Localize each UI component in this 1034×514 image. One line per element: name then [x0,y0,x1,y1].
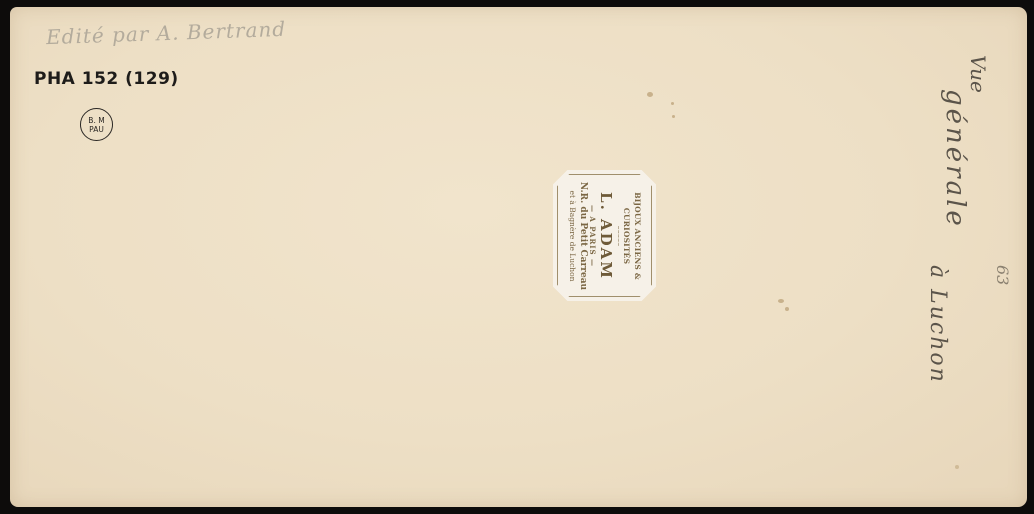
stamp-line-2: PAU [89,125,104,134]
card-back: Edité par A. Bertrand PHA 152 (129) B. M… [10,7,1027,507]
foxing-spot [647,92,653,97]
label-city: — A PARIS — [588,204,597,266]
foxing-spot [672,115,675,118]
dealer-label: BIJOUX ANCIENS & CURIOSITÉS ~~~~~ L. ADA… [553,170,656,301]
label-text: BIJOUX ANCIENS & CURIOSITÉS ~~~~~ L. ADA… [555,172,655,300]
label-trade: BIJOUX ANCIENS & CURIOSITÉS [621,172,643,300]
reference-number: PHA 152 (129) [34,69,179,89]
library-stamp-icon: B. M PAU [80,108,113,141]
label-branch: et à Bagnère de Luchon [567,190,577,281]
foxing-spot [671,102,674,105]
caption-line-3: à Luchon [925,265,950,384]
caption-number: 63 [993,265,1012,285]
stamp-line-1: B. M [88,116,104,125]
foxing-spot [785,307,789,311]
foxing-spot [778,299,784,303]
caption-line-2: générale [940,89,970,229]
foxing-spot [955,465,959,469]
label-dealer-name: L. ADAM [597,192,614,280]
label-address: N.R. du Petit Carreau [577,181,588,289]
pencil-publisher-note: Edité par A. Bertrand [46,17,287,49]
caption-line-1: Vue [966,55,990,93]
